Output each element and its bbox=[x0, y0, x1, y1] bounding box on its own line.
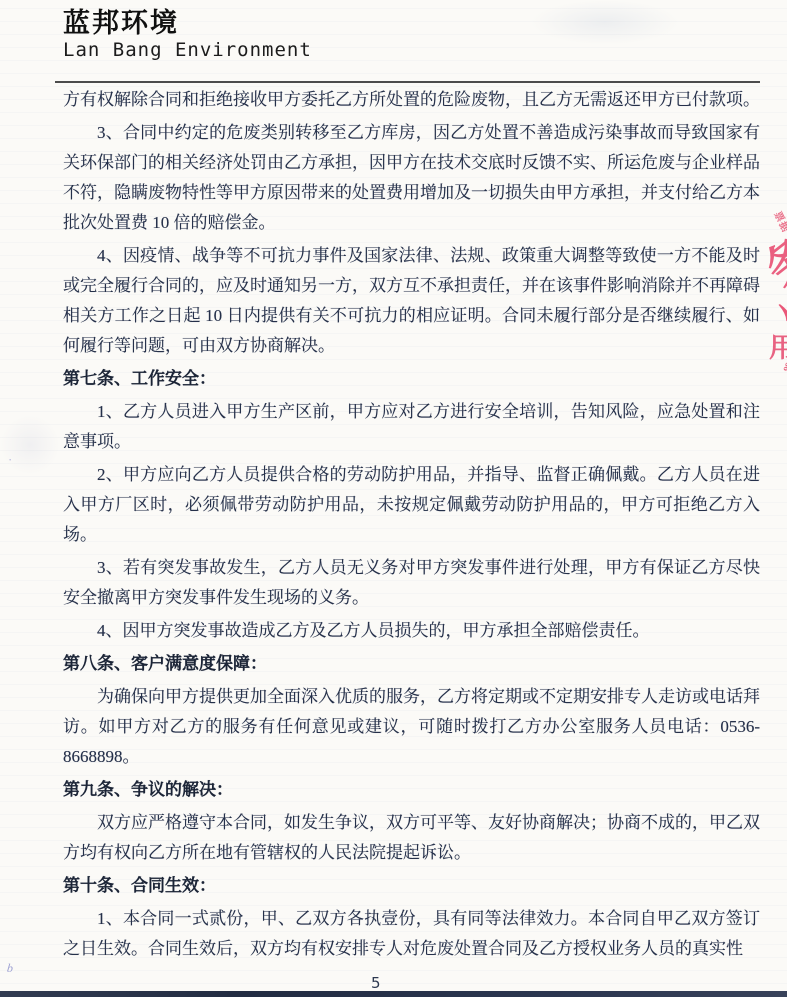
scanned-contract-page: { "header": { "brand_cn": "蓝邦环境", "brand… bbox=[0, 0, 787, 997]
pen-mark: · bbox=[8, 452, 12, 468]
red-stamp-arc-text-icon: 票据 bbox=[771, 208, 787, 234]
paragraph-clause6-item4: 4、因疫情、战争等不可抗力事件及国家法律、法规、政策重大调整等致使一方不能及时或… bbox=[63, 241, 760, 361]
letterhead: 蓝邦环境 Lan Bang Environment bbox=[63, 8, 312, 62]
paragraph-clause7-item3: 3、若有突发事故发生，乙方人员无义务对甲方突发事件进行处理，甲方有保证乙方尽快安… bbox=[63, 553, 760, 613]
contract-body: 方有权解除合同和拒绝接收甲方委托乙方所处置的危险废物，且乙方无需返还甲方已付款项… bbox=[63, 85, 760, 964]
red-stamp-small-text-icon: 99 bbox=[781, 361, 787, 373]
scan-bottom-edge bbox=[0, 991, 787, 997]
clause-heading-7: 第七条、工作安全： bbox=[63, 364, 760, 394]
red-stamp-stroke-icon: 丶 bbox=[760, 284, 787, 342]
page-number: 5 bbox=[371, 974, 381, 992]
clause-heading-10: 第十条、合同生效： bbox=[63, 871, 760, 901]
letterhead-divider bbox=[55, 81, 760, 83]
scan-smudge bbox=[530, 0, 680, 45]
company-name-english: Lan Bang Environment bbox=[63, 39, 312, 62]
paragraph-clause7-item1: 1、乙方人员进入甲方生产区前，甲方应对乙方进行安全培训，告知风险，应急处置和注意… bbox=[63, 397, 760, 457]
pen-mark: b bbox=[6, 961, 14, 977]
paragraph-clause7-item2: 2、甲方应向乙方人员提供合格的劳动防护用品，并指导、监督正确佩戴。乙方人员在进入… bbox=[63, 460, 760, 550]
red-stamp-yong-character-icon: 用 bbox=[769, 326, 787, 365]
paragraph-clause10-item1: 1、本合同一式贰份，甲、乙双方各执壹份，具有同等法律效力。本合同自甲乙双方签订之… bbox=[63, 904, 760, 964]
paragraph-clause6-item3: 3、合同中约定的危废类别转移至乙方库房，因乙方处置不善造成污染事故而导致国家有关… bbox=[63, 118, 760, 238]
clause-heading-9: 第九条、争议的解决： bbox=[63, 775, 760, 805]
paragraph-clause8-body: 为确保向甲方提供更加全面深入优质的服务，乙方将定期或不定期安排专人走访或电话拜访… bbox=[63, 682, 760, 772]
paragraph-clause7-item4: 4、因甲方突发事故造成乙方及乙方人员损失的，甲方承担全部赔偿责任。 bbox=[63, 616, 760, 646]
clause-heading-8: 第八条、客户满意度保障： bbox=[63, 649, 760, 679]
paragraph-continuation: 方有权解除合同和拒绝接收甲方委托乙方所处置的危险废物，且乙方无需返还甲方已付款项… bbox=[63, 85, 760, 115]
company-name-chinese: 蓝邦环境 bbox=[63, 8, 312, 38]
paragraph-clause9-body: 双方应严格遵守本合同，如发生争议，双方可平等、友好协商解决；协商不成的，甲乙双方… bbox=[63, 808, 760, 868]
